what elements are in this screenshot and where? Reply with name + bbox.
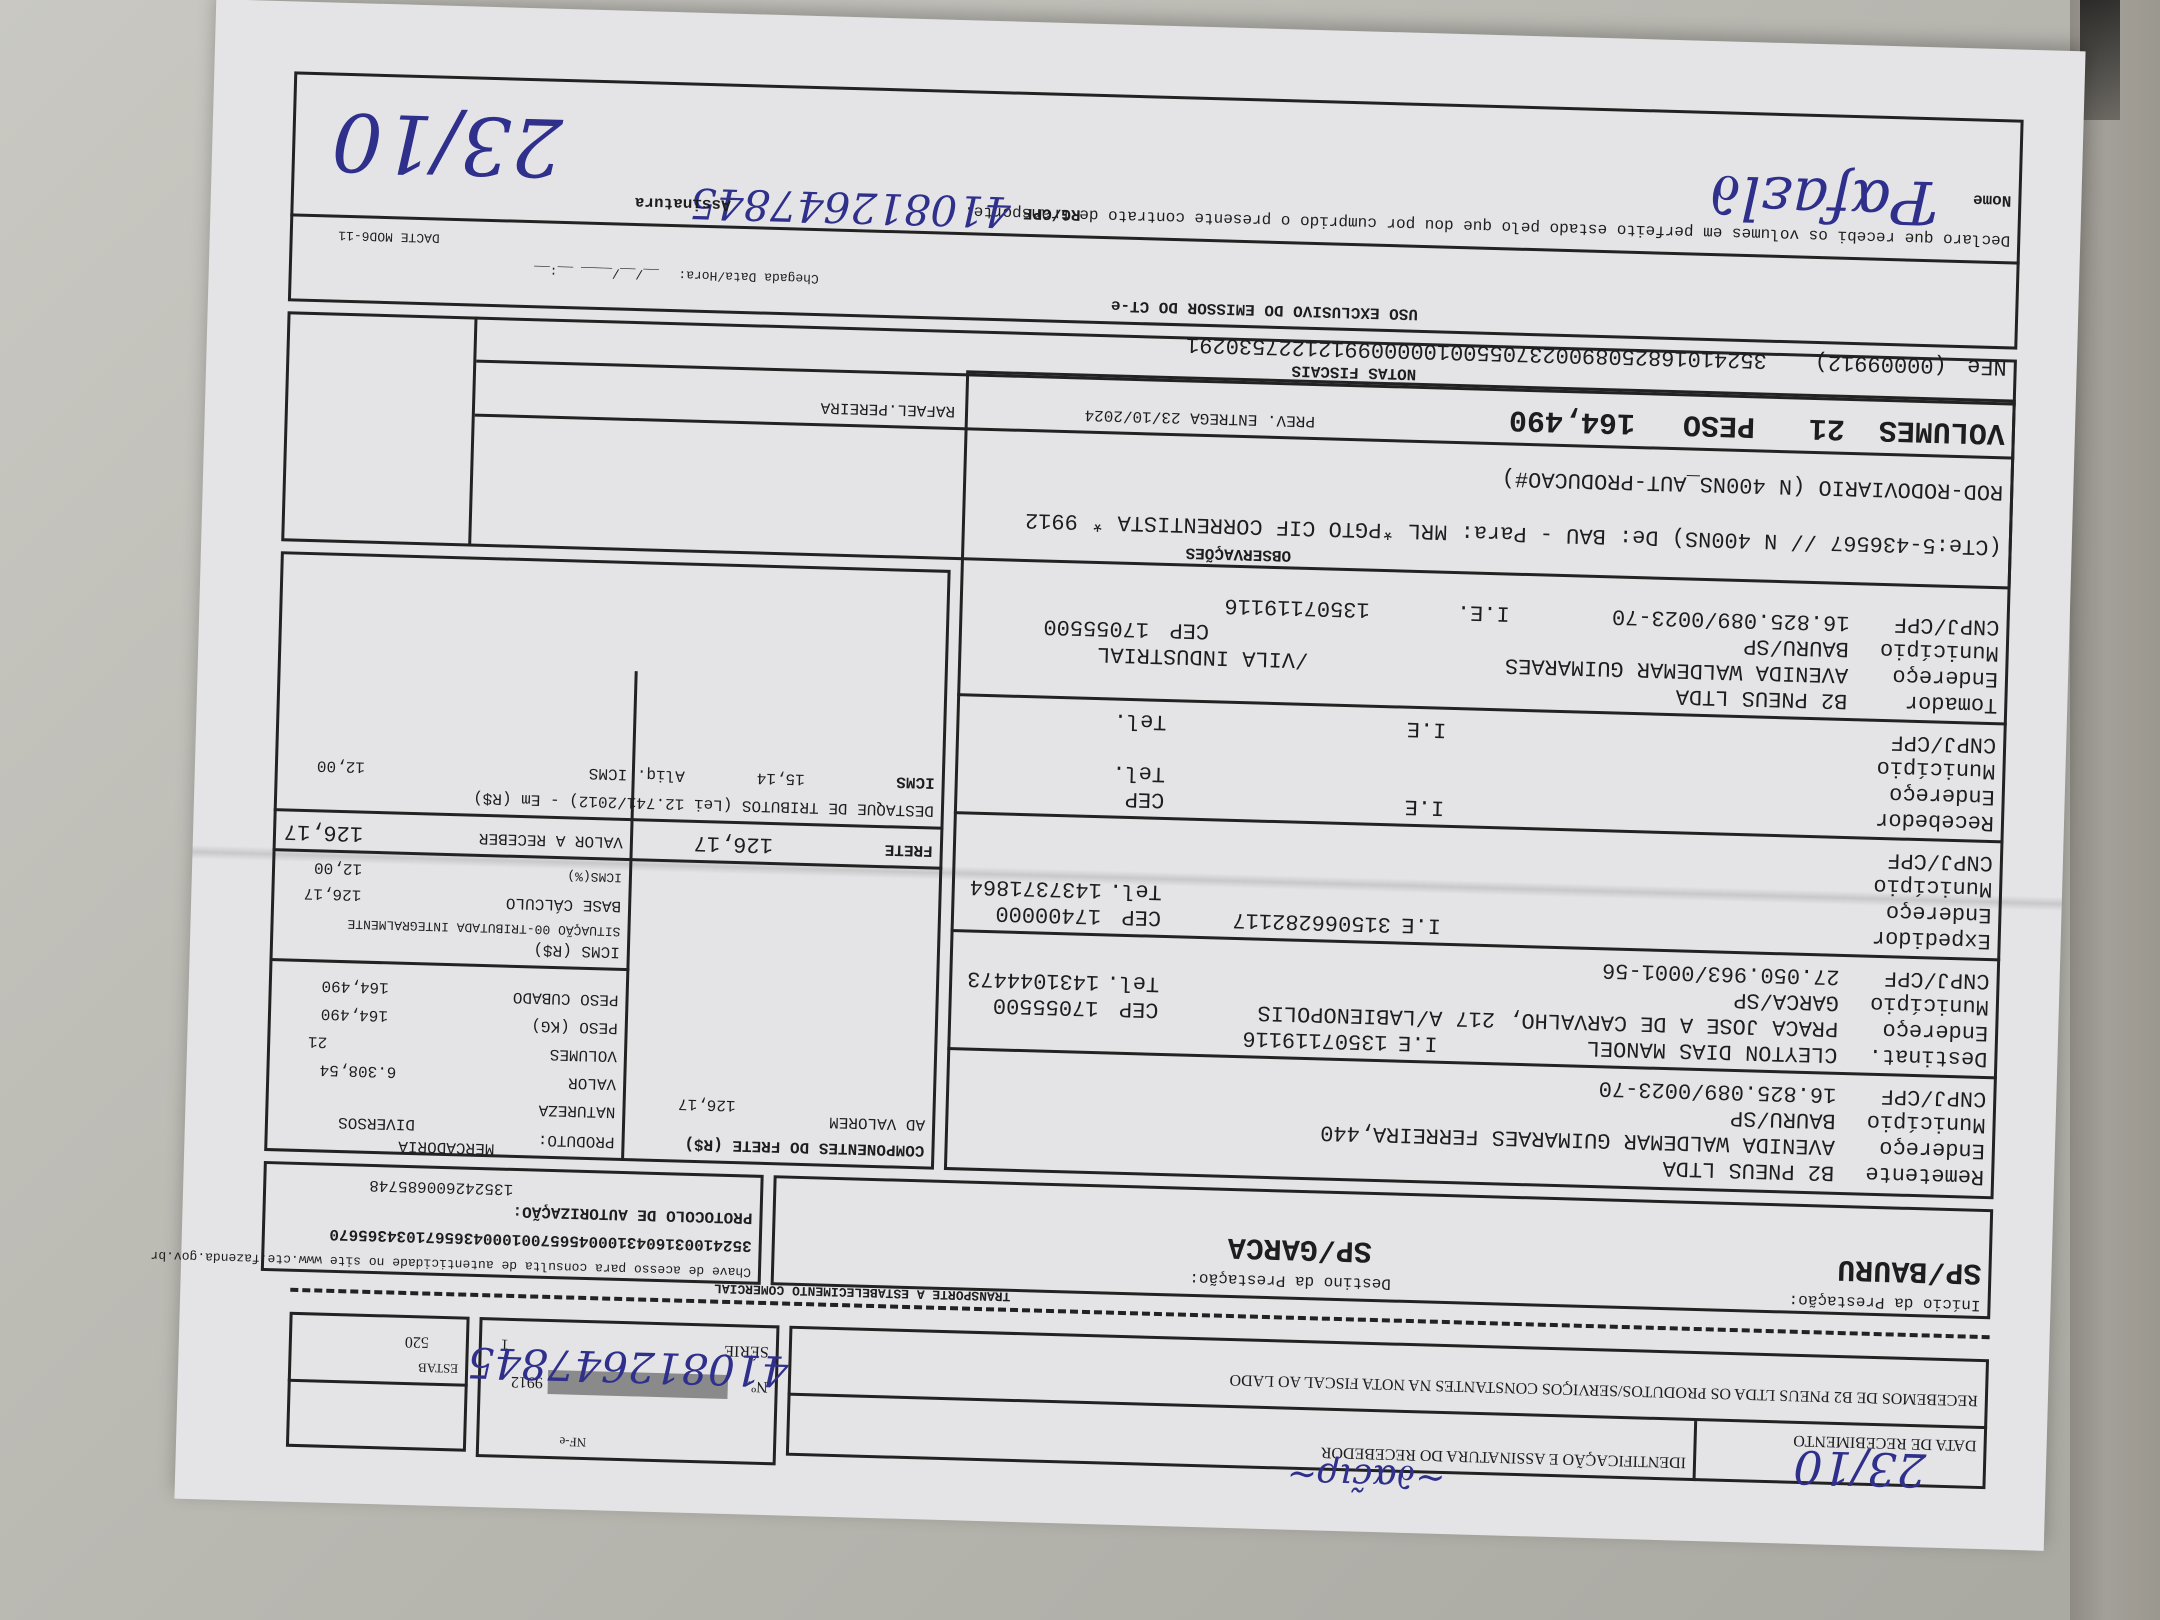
peso-value: 164,490 xyxy=(321,1005,389,1025)
valor-value: 6.308,54 xyxy=(319,1060,396,1080)
expedidor-ie: 315066282117 xyxy=(1232,906,1391,936)
icms-header: ICMS (R$) xyxy=(533,940,620,960)
recebedor-ie-label: I.E xyxy=(1404,793,1444,820)
handwritten-date: 23/10 xyxy=(331,94,564,193)
destination-value: SP/GARCA xyxy=(1227,1229,1372,1267)
obs-volumes-label: VOLUMES xyxy=(1878,412,2005,450)
handwritten-id-number: 410812647845 xyxy=(467,1338,789,1396)
obs-peso-value: 164,490 xyxy=(1509,401,1636,439)
frete-label: FRETE xyxy=(885,840,933,859)
remetente-name: B2 PNEUS LTDA xyxy=(1662,1154,1834,1185)
expedidor-city-label: Município xyxy=(1873,872,1993,901)
freight-component-value: 126,17 xyxy=(678,1095,736,1115)
recebedor-address-label: Endereço xyxy=(1889,780,1995,809)
volumes-label: VOLUMES xyxy=(550,1045,618,1065)
table-surface xyxy=(2070,0,2160,1620)
object-edge xyxy=(2080,0,2120,120)
destinatario-tel: 1431044473 xyxy=(967,965,1100,995)
obs-volumes-value: 21 xyxy=(1808,410,1845,445)
natureza-label: NATUREZA xyxy=(538,1101,615,1121)
remetente-label: Remetente xyxy=(1865,1160,1985,1189)
tomador-city-label: Município xyxy=(1880,636,2000,665)
tomador-cep: 17055500 xyxy=(1043,613,1149,642)
icms-aliq-value: 12,00 xyxy=(314,858,362,877)
peso-label: PESO (KG) xyxy=(531,1016,618,1036)
estab-label: ESTAB xyxy=(418,1360,459,1376)
expedidor-tel: 1437371864 xyxy=(969,873,1102,903)
notas-fiscais-label: NOTAS FISCAIS xyxy=(1291,361,1416,382)
dacte-document: RECEBEMOS DE B2 PNEUS LTDA OS PRODUTOS/S… xyxy=(174,0,2085,1551)
declaration-name-label: Nome xyxy=(1973,190,2012,209)
observacoes-label: OBSERVAÇÕES xyxy=(1185,543,1291,564)
destinatario-cnpj-label: CNPJ/CPF xyxy=(1884,964,1990,993)
recebedor-cep-label: CEP xyxy=(1124,785,1164,812)
recebedor-city-label: Município xyxy=(1876,754,1996,783)
tomador-ie-label: I.E xyxy=(1406,715,1446,742)
tributos-aliq-value: 12,00 xyxy=(317,756,365,775)
destinatario-cep-label: CEP xyxy=(1119,995,1159,1022)
tomador-tel-label: Tel. xyxy=(1113,707,1167,734)
destinatario-ie: 13507119116 xyxy=(1242,1024,1388,1054)
dacte-model: DACTE MOD6-11 xyxy=(338,228,440,246)
declaration-signature: Ƥɑfaɛl∂ xyxy=(1709,161,1932,237)
tributos-icms-value: 15,14 xyxy=(757,769,805,788)
expedidor-ie-label: I.E xyxy=(1401,911,1441,938)
peso-cubado-value: 164,490 xyxy=(321,977,389,997)
freight-component-name: AD VALOREM xyxy=(829,1113,925,1134)
tomador-cnpj-label: CNPJ/CPF xyxy=(1894,610,2000,639)
remetente-address-label: Endereço xyxy=(1879,1134,1985,1163)
valor-receber-value: 126,17 xyxy=(284,817,364,845)
icms-base-value: 126,17 xyxy=(304,884,362,904)
responsavel: RAFAEL.PEREIRA xyxy=(820,398,955,420)
destinatario-tel-label: Tel. xyxy=(1106,968,1160,995)
destinatario-city-label: Município xyxy=(1870,990,1990,1019)
valor-label: VALOR xyxy=(568,1073,616,1092)
nfe-label: NF-e xyxy=(559,1434,586,1450)
recebedor-label: Recebedor xyxy=(1875,806,1995,835)
recebedor-cnpj-label: CNPJ/CPF xyxy=(1890,728,1996,757)
volumes-value: 21 xyxy=(308,1032,328,1051)
tomador-cep-label: CEP xyxy=(1169,616,1209,643)
nfe-label-nf: NFe xyxy=(1967,352,2007,379)
produto-label: PRODUTO: xyxy=(538,1131,615,1151)
rgcpf-label: RG/CPF xyxy=(1023,204,1081,224)
destinatario-ie-label: I.E xyxy=(1398,1029,1438,1056)
recebedor-tel-label: Tel. xyxy=(1112,759,1166,786)
expedidor-cep-label: CEP xyxy=(1121,903,1161,930)
remetente-city: BAURU/SP xyxy=(1730,1104,1836,1133)
expedidor-label: Expedidor xyxy=(1872,924,1992,953)
peso-cubado-label: PESO CUBADO xyxy=(513,988,619,1009)
tributos-icms-label: ICMS xyxy=(896,772,935,791)
natureza-value: DIVERSOS xyxy=(338,1113,415,1133)
handwritten-receipt-date: 23/10 xyxy=(1793,1440,1927,1498)
destinatario-address-label: Endereço xyxy=(1882,1016,1988,1045)
tomador-ie2: 13507119116 xyxy=(1224,592,1370,622)
expedidor-address-label: Endereço xyxy=(1886,898,1992,927)
tributos-aliq-label: Aliq. ICMS xyxy=(589,764,685,785)
handwritten-rgcpf: 410812647845 xyxy=(689,179,1011,237)
tomador-city: BAURU/SP xyxy=(1743,632,1849,661)
icms-aliq-label: ICMS(%) xyxy=(567,868,622,885)
tomador-ie2-label: I.E. xyxy=(1457,598,1511,625)
assinatura-label: Assinatura xyxy=(635,193,731,214)
expedidor-cnpj-label: CNPJ/CPF xyxy=(1887,846,1993,875)
obs-peso-label: PESO xyxy=(1683,406,1756,442)
origin-value: SP/BAURU xyxy=(1837,1251,1982,1289)
remetente-cnpj-label: CNPJ/CPF xyxy=(1880,1082,1986,1111)
produto-value: MERCADORIA xyxy=(398,1137,494,1158)
destinatario-city: GARCA/SP xyxy=(1733,986,1839,1015)
icms-base-label: BASE CÁLCULO xyxy=(506,894,622,915)
destinatario-label: Destinat. xyxy=(1868,1042,1988,1071)
destinatario-cep: 17055500 xyxy=(993,991,1099,1020)
nfe-number: (00009912) xyxy=(1814,348,1947,378)
remetente-city-label: Município xyxy=(1866,1108,1986,1137)
tomador-label: Tomador xyxy=(1905,689,1998,718)
receiver-signature: ~∂ɑc̃ιρ~ xyxy=(1286,1454,1446,1499)
tomador-name: B2 PNEUS LTDA xyxy=(1675,682,1847,713)
frete-value: 126,17 xyxy=(693,829,773,857)
tomador-address-label: Endereço xyxy=(1892,662,1998,691)
estab-value: 520 xyxy=(405,1332,429,1351)
expedidor-cep: 17400000 xyxy=(995,899,1101,928)
expedidor-tel-label: Tel. xyxy=(1109,876,1163,903)
